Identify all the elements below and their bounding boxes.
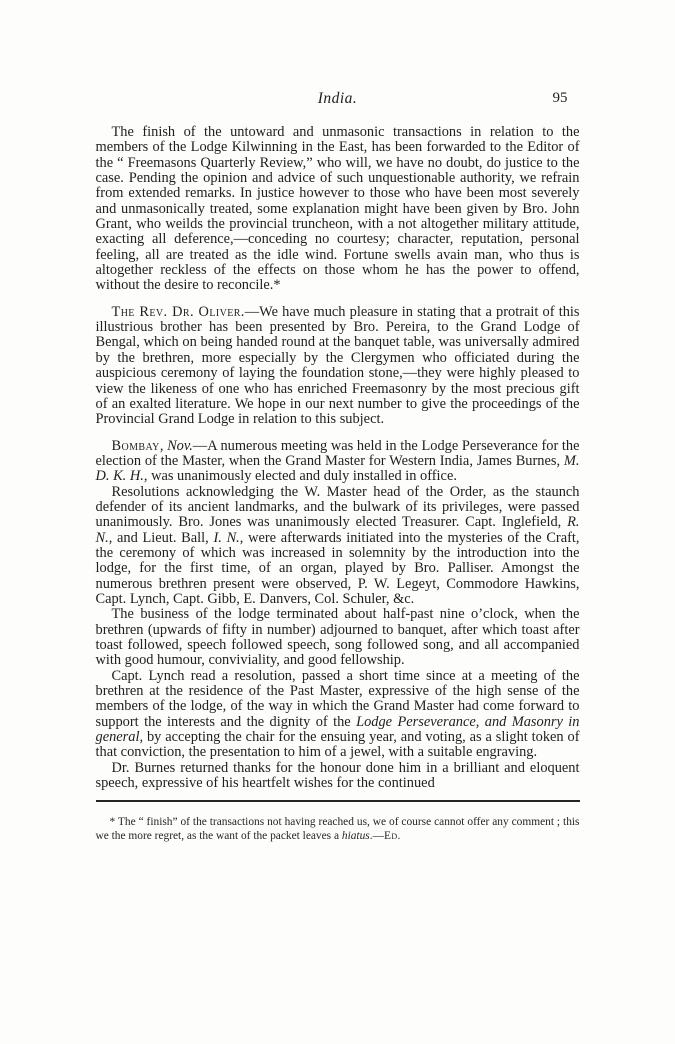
text-run: —We have much pleasure in stating that a…	[96, 304, 580, 427]
smallcaps-run: Ed.	[384, 830, 401, 842]
paragraph: The business of the lodge terminated abo…	[96, 607, 580, 668]
running-head: India. 95	[96, 90, 580, 112]
text-run: , and Lieut. Ball,	[109, 530, 214, 546]
paragraph: Resolutions acknowledging the W. Master …	[96, 485, 580, 608]
paragraph: Bombay, Nov.—A numerous meeting was held…	[96, 439, 580, 485]
paragraph: Dr. Burnes returned thanks for the honou…	[96, 761, 580, 792]
text-run: The business of the lodge terminated abo…	[96, 606, 580, 668]
smallcaps-run: The Rev. Dr. Oliver.	[112, 304, 245, 320]
text-run: by accepting the chair for the ensuing y…	[96, 729, 580, 760]
smallcaps-run: Bombay	[112, 438, 160, 454]
footnote-rule	[96, 800, 580, 802]
book-page: India. 95 The finish of the untoward and…	[0, 0, 675, 1044]
italic-run: I. N.	[213, 530, 239, 546]
italic-run: Nov.	[167, 438, 193, 454]
paragraph: The Rev. Dr. Oliver.—We have much pleasu…	[96, 305, 580, 428]
paragraph: Capt. Lynch read a resolution, passed a …	[96, 669, 580, 761]
italic-run: hiatus	[342, 830, 370, 842]
paragraph: The finish of the untoward and unmasonic…	[96, 125, 580, 294]
text-column: India. 95 The finish of the untoward and…	[96, 0, 580, 844]
body-text: The finish of the untoward and unmasonic…	[96, 125, 580, 791]
text-run: * The “ finish” of the transactions not …	[96, 816, 580, 842]
page-number: 95	[553, 90, 568, 107]
text-run: ,	[160, 438, 167, 454]
text-run: Resolutions acknowledging the W. Master …	[96, 484, 580, 531]
running-head-title: India.	[318, 90, 358, 107]
text-run: .—	[370, 830, 384, 842]
text-run: Dr. Burnes returned thanks for the honou…	[96, 760, 580, 791]
text-run: , was unanimously elected and duly insta…	[144, 468, 457, 484]
text-run: The finish of the untoward and unmasonic…	[96, 124, 580, 293]
footnote: * The “ finish” of the transactions not …	[96, 816, 580, 844]
